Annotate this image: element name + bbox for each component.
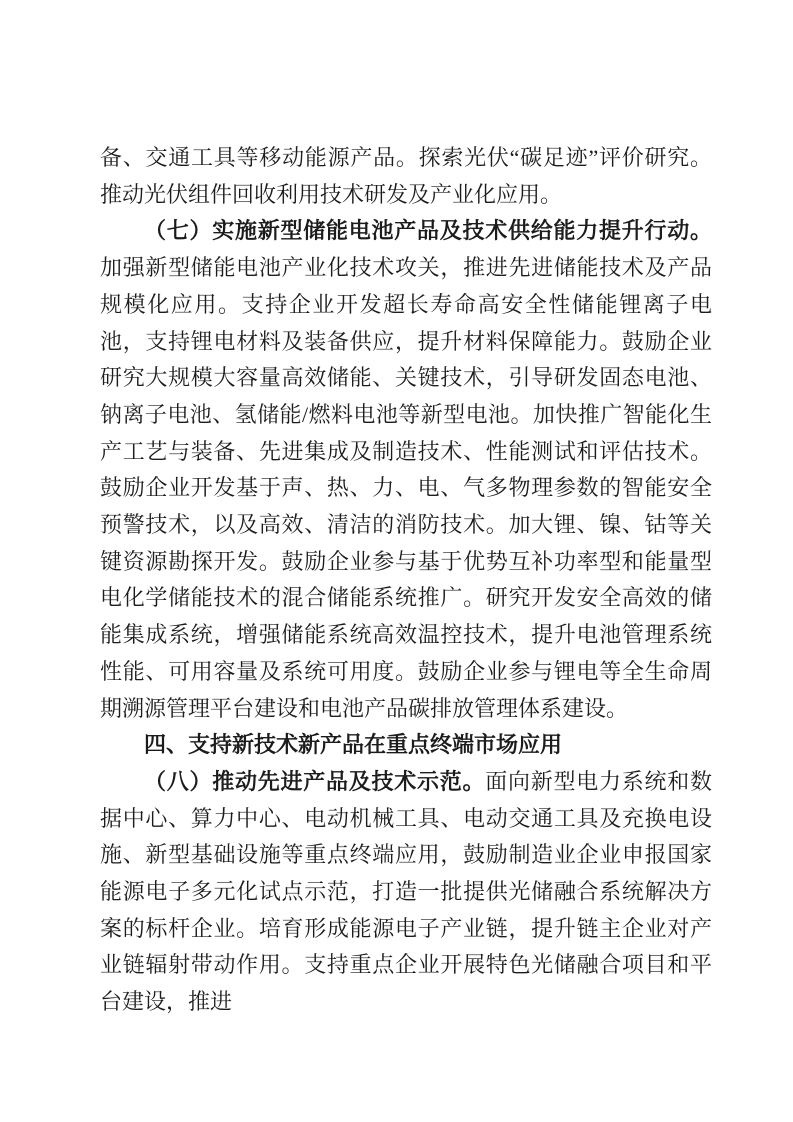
- paragraph-item-8: （八）推动先进产品及技术示范。面向新型电力系统和数据中心、算力中心、电动机械工具…: [100, 764, 712, 1021]
- item-7-lead-heading: （七）实施新型储能电池产品及技术供给能力提升行动。: [144, 218, 712, 243]
- paragraph-continuation: 备、交通工具等移动能源产品。探索光伏“碳足迹”评价研究。推动光伏组件回收利用技术…: [100, 140, 712, 213]
- document-page: 备、交通工具等移动能源产品。探索光伏“碳足迹”评价研究。推动光伏组件回收利用技术…: [0, 0, 793, 1122]
- paragraph-text: 备、交通工具等移动能源产品。探索光伏“碳足迹”评价研究。推动光伏组件回收利用技术…: [100, 145, 712, 207]
- section-4-heading-text: 四、支持新技术新产品在重点终端市场应用: [144, 732, 562, 757]
- paragraph-item-7: （七）实施新型储能电池产品及技术供给能力提升行动。加强新型储能电池产业化技术攻关…: [100, 213, 712, 727]
- section-4-heading: 四、支持新技术新产品在重点终端市场应用: [100, 727, 712, 764]
- item-8-lead-heading: （八）推动先进产品及技术示范。: [144, 769, 485, 794]
- item-7-body-text: 加强新型储能电池产业化技术攻关，推进先进储能技术及产品规模化应用。支持企业开发超…: [100, 255, 712, 720]
- item-8-body-text: 面向新型电力系统和数据中心、算力中心、电动机械工具、电动交通工具及充换电设施、新…: [100, 769, 712, 1014]
